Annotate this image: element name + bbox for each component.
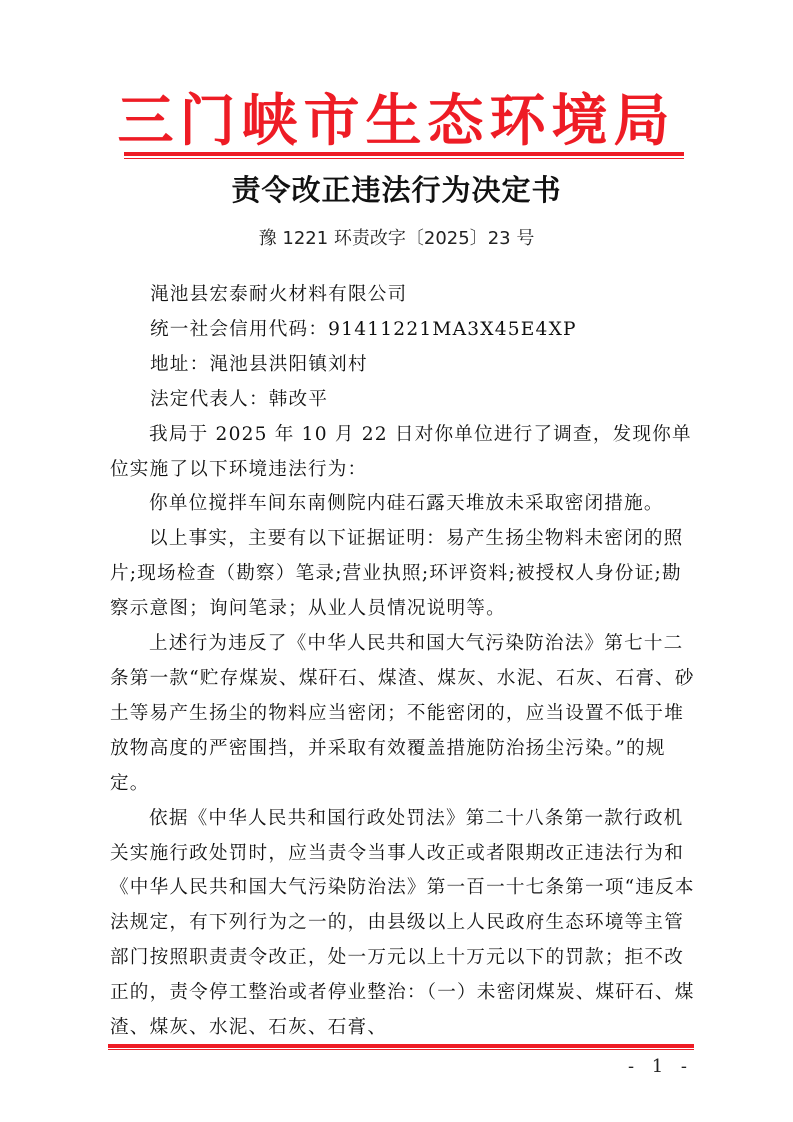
- paragraph-evidence: 以上事实，主要有以下证据证明：易产生扬尘物料未密闭的照片;现场检查（勘察）笔录;…: [110, 522, 695, 627]
- party-credit-code: 统一社会信用代码：91411221MA3X45E4XP: [110, 313, 695, 348]
- paragraph-violation: 你单位搅拌车间东南侧院内硅石露天堆放未采取密闭措施。: [110, 487, 695, 522]
- footer-red-rule: [108, 1044, 694, 1048]
- header-red-rule: [124, 152, 684, 156]
- organization-title: 三门峡市生态环境局: [0, 86, 793, 156]
- header-red-rule-thin: [124, 158, 684, 159]
- footer-red-rule-thin: [108, 1049, 694, 1050]
- paragraph-legal-basis: 上述行为违反了《中华人民共和国大气污染防治法》第七十二条第一款“贮存煤炭、煤矸石…: [110, 627, 695, 802]
- paragraph-penalty-basis: 依据《中华人民共和国行政处罚法》第二十八条第一款行政机关实施行政处罚时，应当责令…: [110, 802, 695, 1046]
- document-body: 渑池县宏泰耐火材料有限公司 统一社会信用代码：91411221MA3X45E4X…: [110, 278, 695, 1046]
- document-title: 责令改正违法行为决定书: [0, 168, 793, 212]
- party-address: 地址：渑池县洪阳镇刘村: [110, 348, 695, 383]
- party-name: 渑池县宏泰耐火材料有限公司: [110, 278, 695, 313]
- party-legal-representative: 法定代表人：韩改平: [110, 383, 695, 418]
- paragraph-investigation: 我局于 2025 年 10 月 22 日对你单位进行了调查，发现你单位实施了以下…: [110, 418, 695, 488]
- document-number: 豫 1221 环责改字〔2025〕23 号: [0, 224, 793, 254]
- page-number: - 1 -: [628, 1054, 693, 1080]
